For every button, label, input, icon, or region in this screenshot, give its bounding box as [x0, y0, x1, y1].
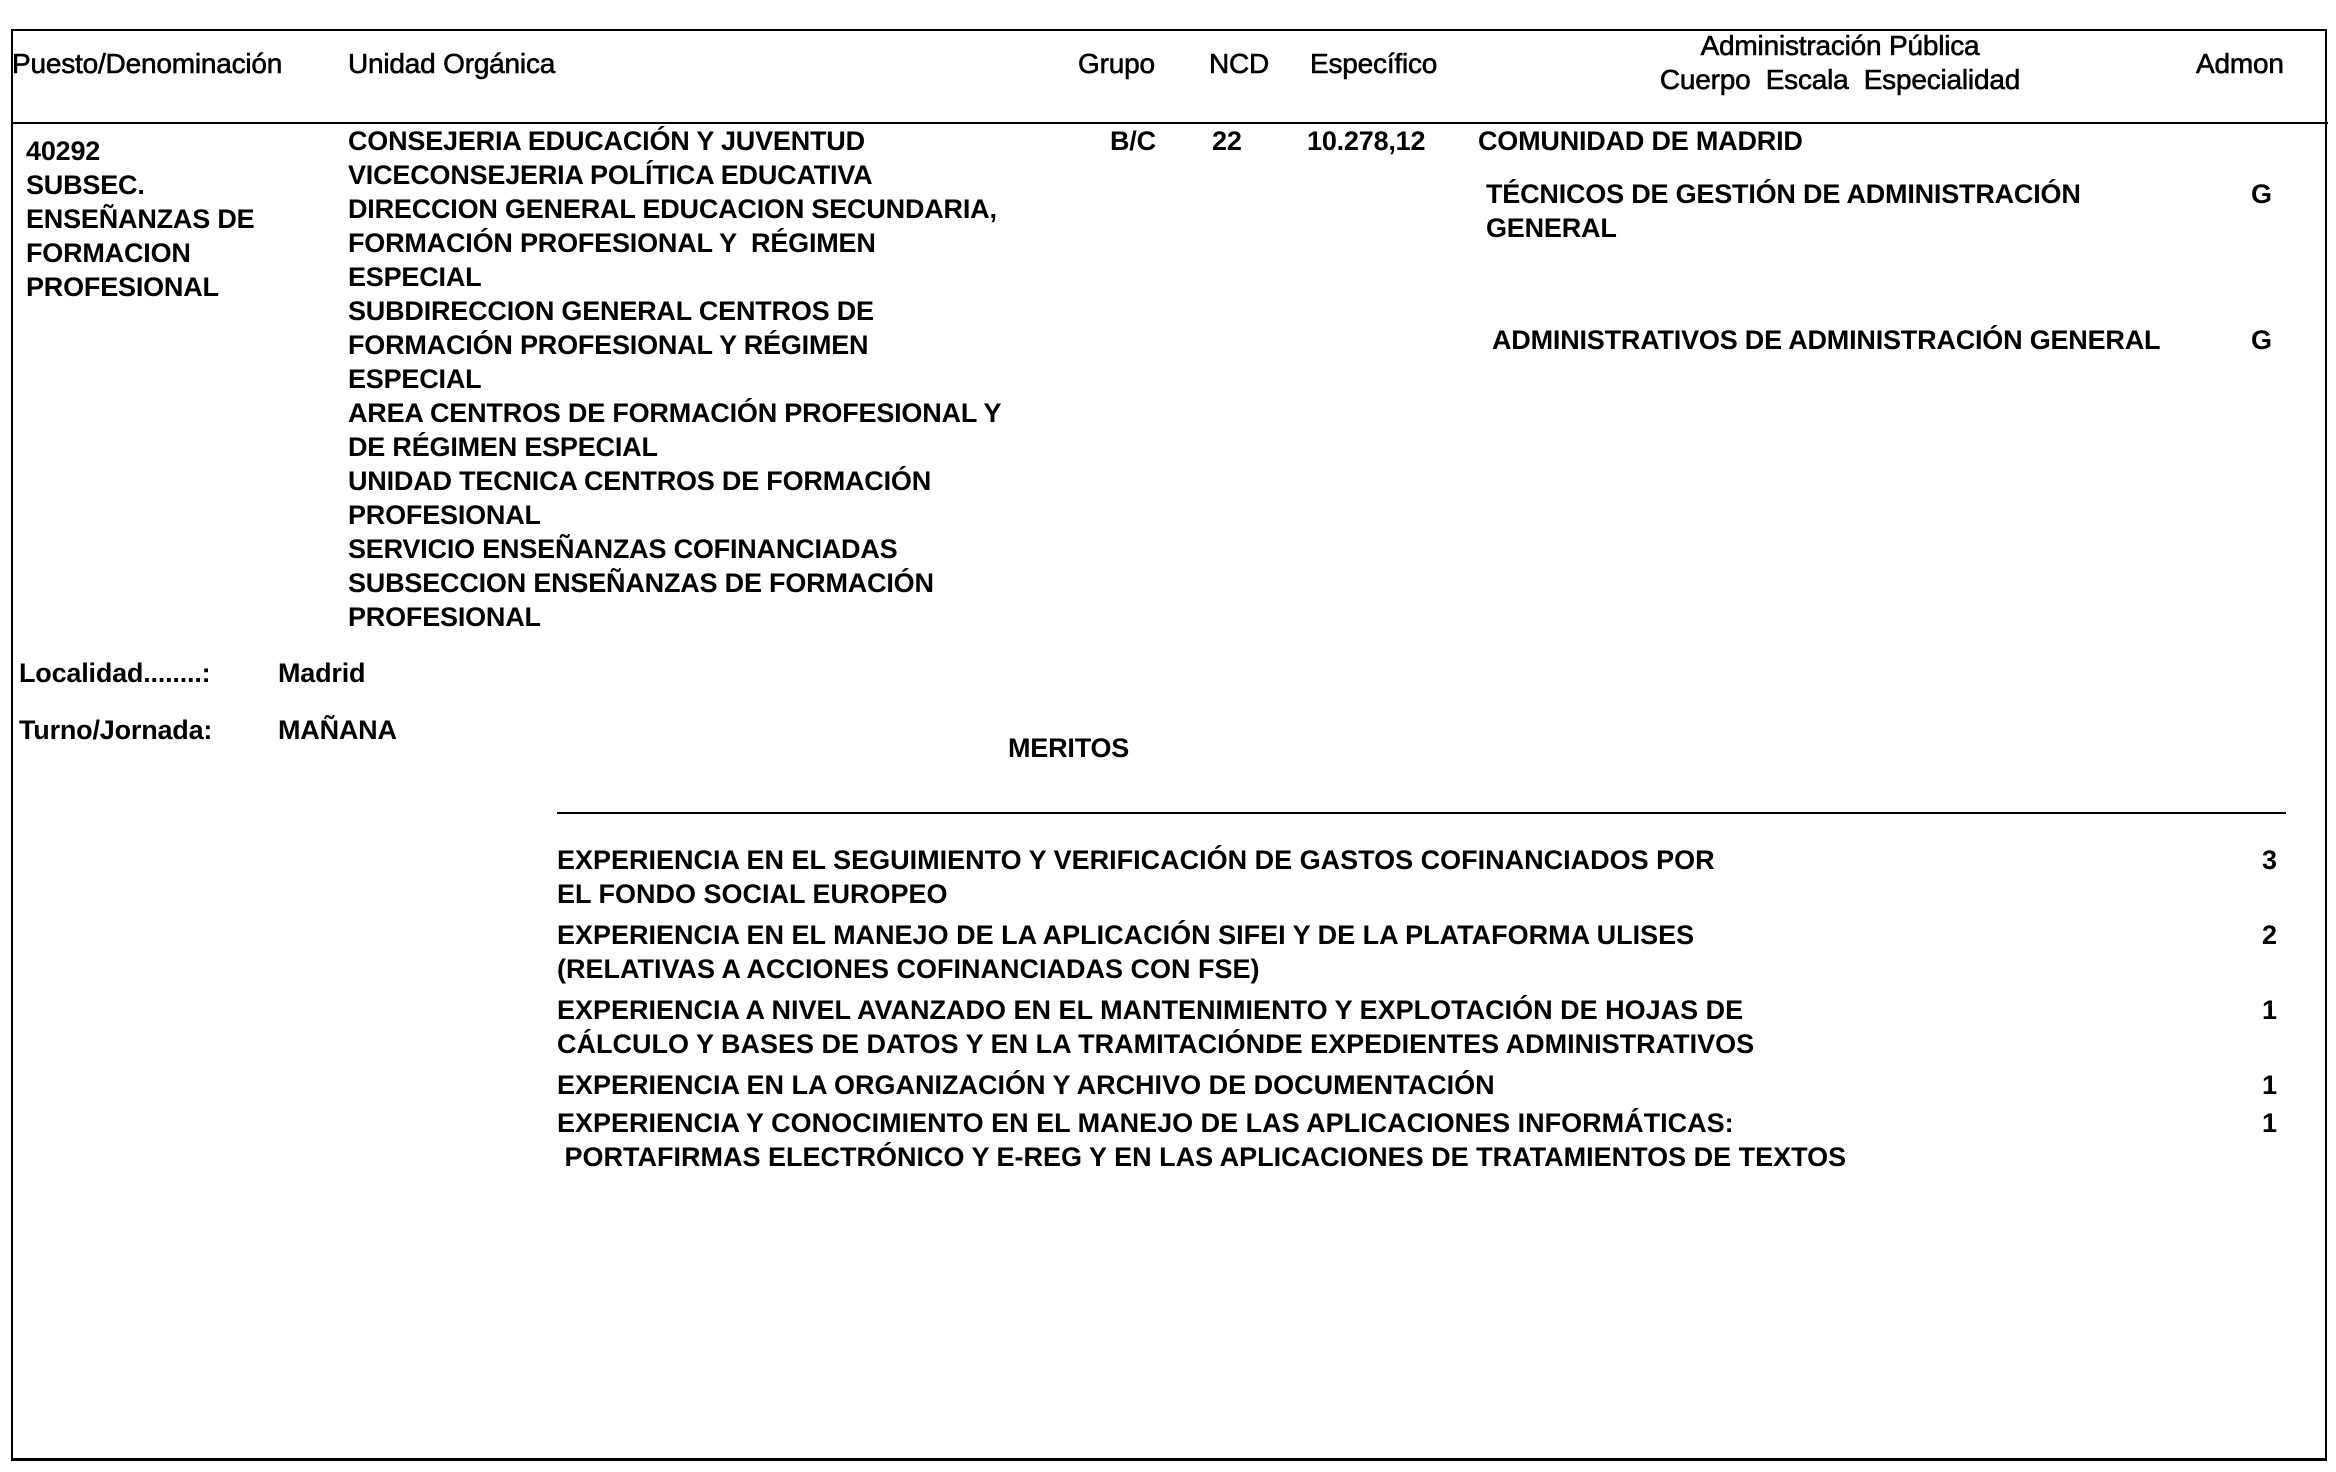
unidad-line: DIRECCION GENERAL EDUCACION SECUNDARIA, [348, 192, 1001, 226]
merit-text: EXPERIENCIA EN EL SEGUIMIENTO Y VERIFICA… [557, 843, 2277, 877]
meritos-divider [557, 812, 2286, 814]
puesto-line: SUBSEC. [26, 168, 254, 202]
merit-item: EXPERIENCIA EN EL SEGUIMIENTO Y VERIFICA… [557, 843, 2277, 911]
header-unidad: Unidad Orgánica [348, 47, 555, 81]
header-cuerpo-escala: Cuerpo Escala Especialidad [1560, 63, 2120, 97]
especifico-value: 10.278,12 [1307, 124, 1425, 158]
merit-points: 1 [2262, 1106, 2277, 1140]
cuerpo-line: ADMINISTRATIVOS DE ADMINISTRACIÓN GENERA… [1492, 323, 2160, 357]
merit-points: 1 [2262, 1068, 2277, 1102]
cuerpo-1-admon: G [2251, 177, 2272, 211]
unidad-line: PROFESIONAL [348, 600, 1001, 634]
meritos-title: MERITOS [1008, 731, 1129, 765]
merit-text: EL FONDO SOCIAL EUROPEO [557, 877, 2277, 911]
unidad-line: DE RÉGIMEN ESPECIAL [348, 430, 1001, 464]
merit-points: 2 [2262, 918, 2277, 952]
turno-value: MAÑANA [278, 713, 397, 747]
unidad-line: FORMACIÓN PROFESIONAL Y RÉGIMEN [348, 226, 1001, 260]
cuerpo-2-admon: G [2251, 323, 2272, 357]
unidad-line: SERVICIO ENSEÑANZAS COFINANCIADAS [348, 532, 1001, 566]
merit-points: 3 [2262, 843, 2277, 877]
header-ncd: NCD [1209, 47, 1269, 81]
unidad-line: ESPECIAL [348, 362, 1001, 396]
merit-text: PORTAFIRMAS ELECTRÓNICO Y E-REG Y EN LAS… [557, 1140, 2277, 1174]
unidad-line: SUBDIRECCION GENERAL CENTROS DE [348, 294, 1001, 328]
merit-points: 1 [2262, 993, 2277, 1027]
unidad-line: VICECONSEJERIA POLÍTICA EDUCATIVA [348, 158, 1001, 192]
cuerpo-1: TÉCNICOS DE GESTIÓN DE ADMINISTRACIÓNGEN… [1486, 177, 2081, 245]
ncd-value: 22 [1212, 124, 1242, 158]
header-admin-publica: Administración Pública [1560, 29, 2120, 63]
merit-item: EXPERIENCIA EN LA ORGANIZACIÓN Y ARCHIVO… [557, 1068, 2277, 1102]
unidad-line: UNIDAD TECNICA CENTROS DE FORMACIÓN [348, 464, 1001, 498]
puesto-line: FORMACION [26, 236, 254, 270]
merit-text: EXPERIENCIA EN EL MANEJO DE LA APLICACIÓ… [557, 918, 2277, 952]
header-admon: Admon [2196, 47, 2284, 81]
merit-text: (RELATIVAS A ACCIONES COFINANCIADAS CON … [557, 952, 2277, 986]
grupo-value: B/C [1110, 124, 1156, 158]
puesto-line: ENSEÑANZAS DE [26, 202, 254, 236]
cuerpo-line: GENERAL [1486, 211, 2081, 245]
unidad-line: SUBSECCION ENSEÑANZAS DE FORMACIÓN [348, 566, 1001, 600]
puesto-denominacion: 40292SUBSEC.ENSEÑANZAS DEFORMACIONPROFES… [26, 134, 254, 304]
merit-text: EXPERIENCIA Y CONOCIMIENTO EN EL MANEJO … [557, 1106, 2277, 1140]
unidad-organica: CONSEJERIA EDUCACIÓN Y JUVENTUDVICECONSE… [348, 124, 1001, 634]
localidad-label: Localidad........: [19, 656, 210, 690]
merit-item: EXPERIENCIA A NIVEL AVANZADO EN EL MANTE… [557, 993, 2277, 1061]
unidad-line: CONSEJERIA EDUCACIÓN Y JUVENTUD [348, 124, 1001, 158]
merit-text: EXPERIENCIA EN LA ORGANIZACIÓN Y ARCHIVO… [557, 1068, 2277, 1102]
header-puesto: Puesto/Denominación [12, 47, 282, 81]
header-grupo: Grupo [1078, 47, 1155, 81]
unidad-line: PROFESIONAL [348, 498, 1001, 532]
puesto-line: PROFESIONAL [26, 270, 254, 304]
merit-text: EXPERIENCIA A NIVEL AVANZADO EN EL MANTE… [557, 993, 2277, 1027]
merit-item: EXPERIENCIA Y CONOCIMIENTO EN EL MANEJO … [557, 1106, 2277, 1174]
unidad-line: AREA CENTROS DE FORMACIÓN PROFESIONAL Y [348, 396, 1001, 430]
cuerpo-line: TÉCNICOS DE GESTIÓN DE ADMINISTRACIÓN [1486, 177, 2081, 211]
localidad-value: Madrid [278, 656, 365, 690]
puesto-line: 40292 [26, 134, 254, 168]
merit-item: EXPERIENCIA EN EL MANEJO DE LA APLICACIÓ… [557, 918, 2277, 986]
meritos-list: EXPERIENCIA EN EL SEGUIMIENTO Y VERIFICA… [557, 843, 2277, 1181]
unidad-line: FORMACIÓN PROFESIONAL Y RÉGIMEN [348, 328, 1001, 362]
header-especifico: Específico [1310, 47, 1437, 81]
merit-text: CÁLCULO Y BASES DE DATOS Y EN LA TRAMITA… [557, 1027, 2277, 1061]
cuerpo-2: ADMINISTRATIVOS DE ADMINISTRACIÓN GENERA… [1492, 323, 2160, 357]
unidad-line: ESPECIAL [348, 260, 1001, 294]
administracion-value: COMUNIDAD DE MADRID [1478, 124, 1803, 158]
turno-label: Turno/Jornada: [19, 713, 212, 747]
